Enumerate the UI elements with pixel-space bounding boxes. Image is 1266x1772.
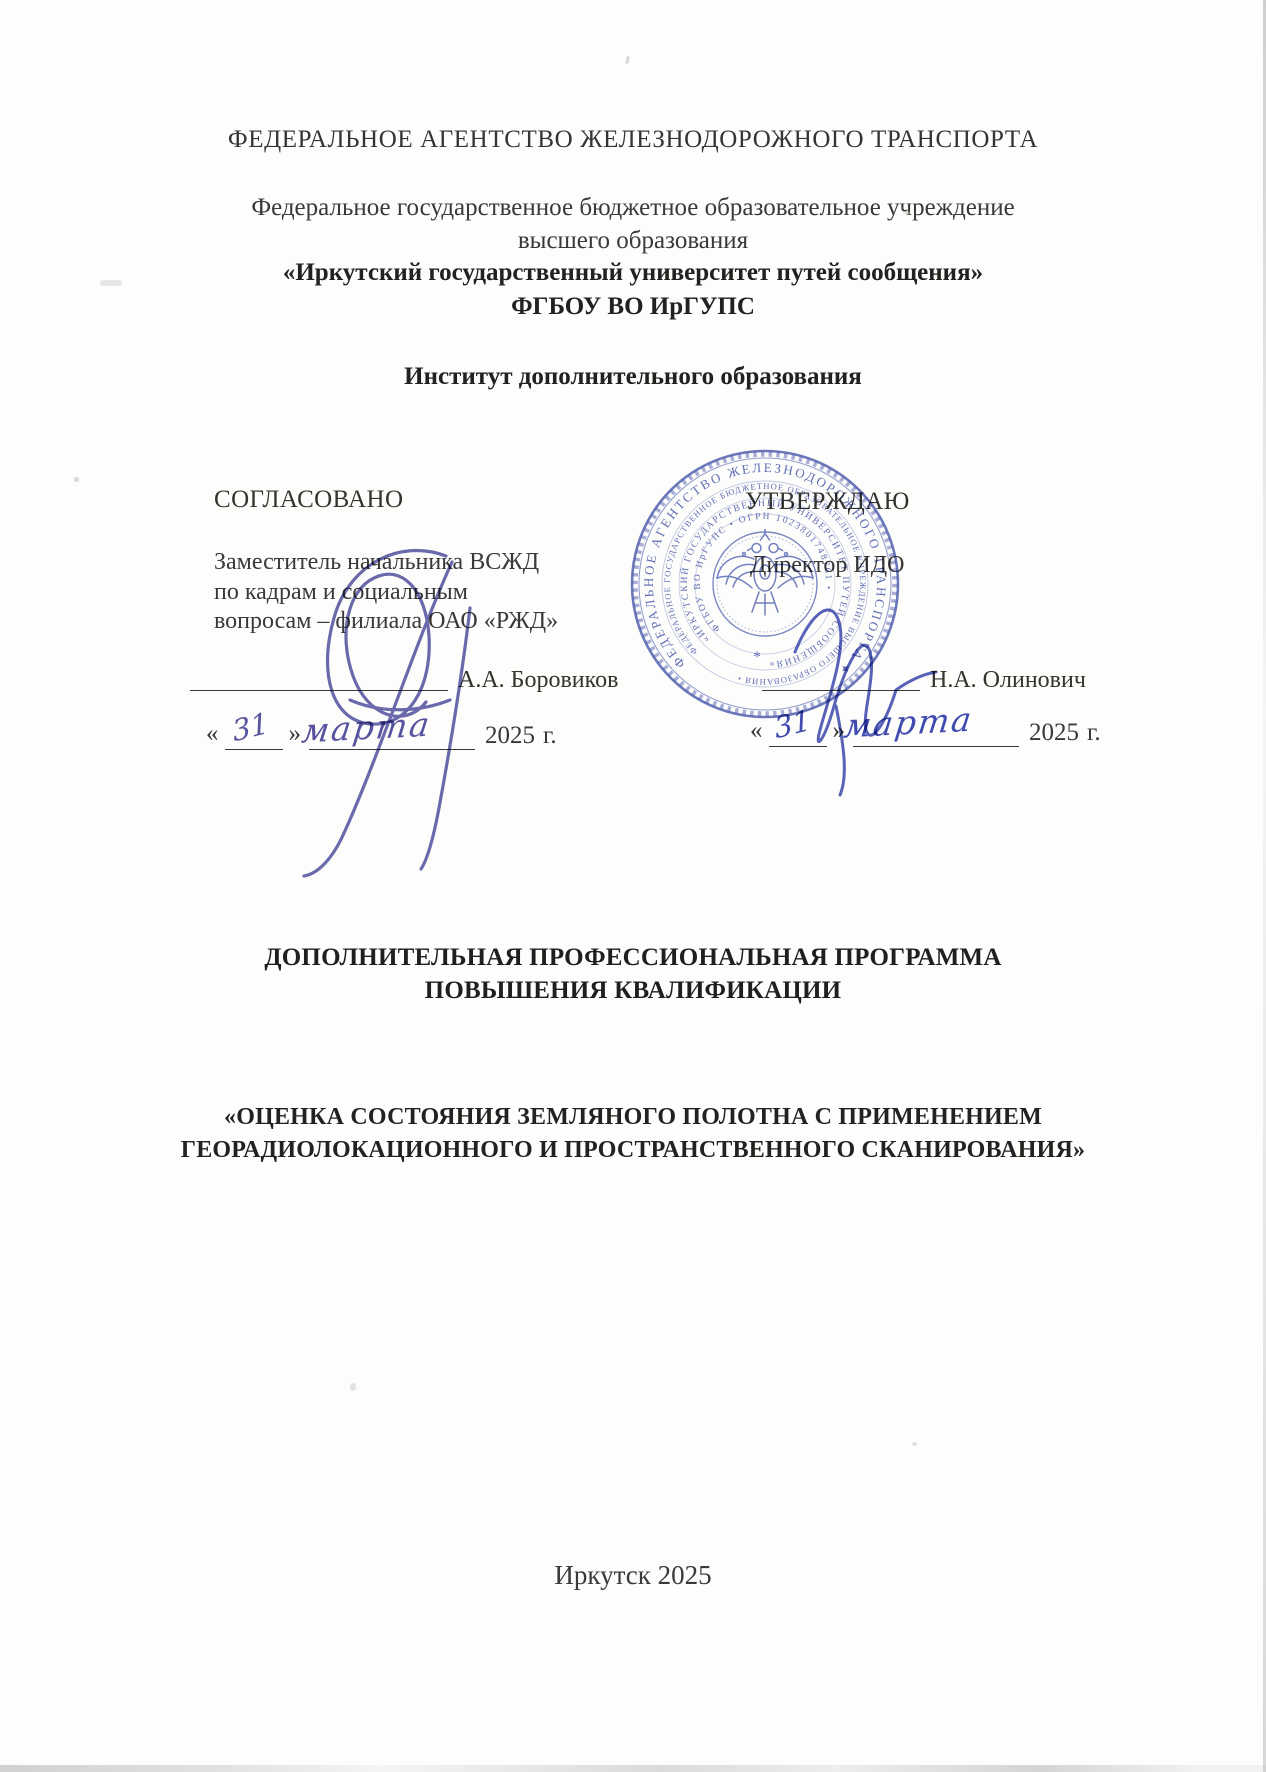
agreed-position-block: Заместитель начальника ВСЖД по кадрам и … [214, 548, 558, 637]
scan-speck [625, 56, 630, 64]
document-page: ФЕДЕРАЛЬНОЕ АГЕНТСТВО ЖЕЛЕЗНОДОРОЖНОГО Т… [0, 0, 1266, 1772]
program-title-line1: «ОЦЕНКА СОСТОЯНИЯ ЗЕМЛЯНОГО ПОЛОТНА С ПР… [0, 1101, 1266, 1134]
double-headed-eagle-icon [717, 530, 813, 616]
open-quote: « [206, 720, 219, 748]
scan-smudge [100, 280, 122, 286]
approved-signer-name: Н.А. Олинович [930, 667, 1086, 694]
federal-agency-heading: ФЕДЕРАЛЬНОЕ АГЕНТСТВО ЖЕЛЕЗНОДОРОЖНОГО Т… [0, 126, 1266, 155]
agreed-month-blank [309, 723, 475, 750]
approved-day-blank [769, 720, 827, 747]
program-title-line2: ГЕОРАДИОЛОКАЦИОННОГО И ПРОСТРАНСТВЕННОГО… [0, 1134, 1266, 1167]
approved-year-suffix: г. [1087, 719, 1101, 747]
scan-speck [912, 1442, 917, 1446]
program-type-line1: ДОПОЛНИТЕЛЬНАЯ ПРОФЕССИОНАЛЬНАЯ ПРОГРАММ… [0, 941, 1266, 974]
agreed-position-line2: по кадрам и социальным [214, 578, 558, 608]
scan-speck [350, 1383, 356, 1391]
agreed-position-line1: Заместитель начальника ВСЖД [214, 548, 558, 578]
agreed-year-suffix: г. [543, 722, 557, 750]
agreed-position-line3: вопросам – филиала ОАО «РЖД» [214, 607, 558, 637]
agreed-signer-name: А.А. Боровиков [458, 667, 618, 694]
agreed-date-row: « » 2025 г. 31 марта [206, 722, 557, 750]
agreed-year: 2025 [485, 722, 535, 750]
city-year: Иркутск 2025 [0, 1560, 1266, 1591]
approved-year: 2025 [1029, 719, 1079, 747]
close-quote: » [289, 720, 302, 748]
program-type-line2: ПОВЫШЕНИЯ КВАЛИФИКАЦИИ [0, 974, 1266, 1007]
university-round-stamp: ФЕДЕРАЛЬНОЕ АГЕНТСТВО ЖЕЛЕЗНОДОРОЖНОГО Т… [625, 444, 905, 724]
agreed-signature-line [190, 664, 448, 691]
agreed-day-blank [225, 723, 283, 750]
scan-speck [905, 211, 910, 215]
institute-name: Институт дополнительного образования [0, 363, 1266, 392]
svg-text:ФЕДЕРАЛЬНОЕ ГОСУДАРСТВЕННОЕ БЮ: ФЕДЕРАЛЬНОЕ ГОСУДАРСТВЕННОЕ БЮДЖЕТНОЕ ОБ… [662, 481, 868, 687]
founder-line2: высшего образования [0, 227, 1266, 256]
agreed-heading: СОГЛАСОВАНО [214, 486, 403, 515]
stamp-ring-middle-text: ФЕДЕРАЛЬНОЕ ГОСУДАРСТВЕННОЕ БЮДЖЕТНОЕ ОБ… [662, 481, 868, 687]
university-name: «Иркутский государственный университет п… [0, 259, 1266, 288]
agreed-signature-row: А.А. Боровиков [190, 664, 618, 691]
scan-speck [74, 477, 79, 482]
approved-month-blank [853, 720, 1019, 747]
university-abbr: ФГБОУ ВО ИрГУПС [0, 293, 1266, 322]
stamp-asterisk: * [753, 649, 761, 666]
scan-bottom-edge [0, 1765, 1266, 1772]
founder-line1: Федеральное государственное бюджетное об… [0, 194, 1266, 223]
